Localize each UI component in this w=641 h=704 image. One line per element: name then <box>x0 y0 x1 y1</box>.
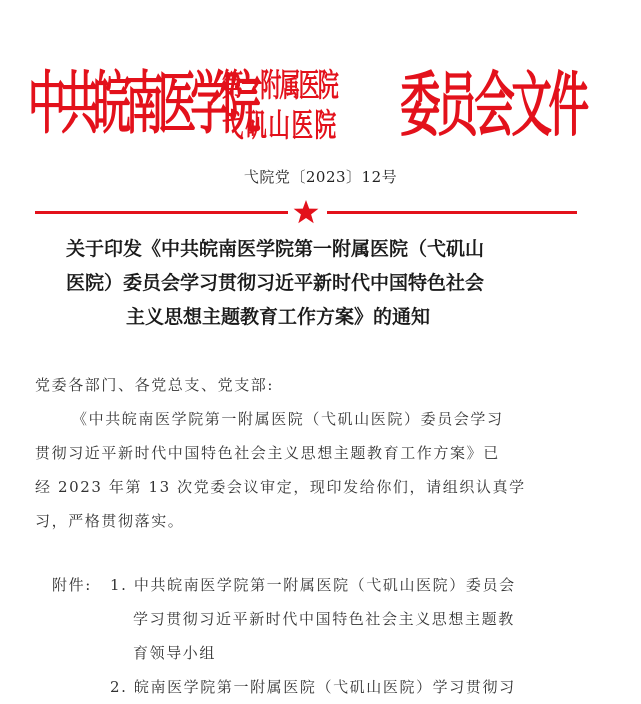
attachment-item-1-line: 学习贯彻习近平新时代中国特色社会主义思想主题教 <box>133 608 515 630</box>
attachments-label: 附件: <box>52 574 92 596</box>
document-number: 弋院党〔2023〕12号 <box>0 166 641 188</box>
header-hospital-name: 第一附属医院 弋矶山医院 <box>222 65 402 145</box>
title-line-2: 医院）委员会学习贯彻习近平新时代中国特色社会 <box>66 270 484 296</box>
red-rule-right <box>327 211 577 214</box>
red-rule-left <box>35 211 288 214</box>
title-line-3: 主义思想主题教育工作方案》的通知 <box>126 304 430 330</box>
red-header: 中共皖南医学院 第一附属医院 弋矶山医院 委员会文件 <box>28 63 588 147</box>
header-doc-type: 委员会文件 <box>400 63 586 147</box>
header-hospital-line2: 弋矶山医院 <box>222 105 344 145</box>
document-page: 中共皖南医学院 第一附属医院 弋矶山医院 委员会文件 弋院党〔2023〕12号 … <box>0 0 641 704</box>
paragraph-line: 经 2023 年第 13 次党委会议审定，现印发给你们，请组织认真学 <box>35 476 526 498</box>
paragraph-line: 贯彻习近平新时代中国特色社会主义思想主题教育工作方案》已 <box>35 442 500 464</box>
attachment-item-1-line: 1. 中共皖南医学院第一附属医院（弋矶山医院）委员会 <box>110 574 516 596</box>
salutation: 党委各部门、各党总支、党支部: <box>35 374 274 396</box>
red-star-icon <box>292 199 320 225</box>
attachment-item-2-line: 2. 皖南医学院第一附属医院（弋矶山医院）学习贯彻习 <box>110 676 516 698</box>
title-line-1: 关于印发《中共皖南医学院第一附属医院（弋矶山 <box>66 236 484 262</box>
paragraph-line: 习，严格贯彻落实。 <box>35 510 184 532</box>
header-hospital-line1: 第一附属医院 <box>222 65 341 105</box>
attachment-item-1-line: 育领导小组 <box>133 642 216 664</box>
paragraph-line: 《中共皖南医学院第一附属医院（弋矶山医院）委员会学习 <box>72 408 504 430</box>
